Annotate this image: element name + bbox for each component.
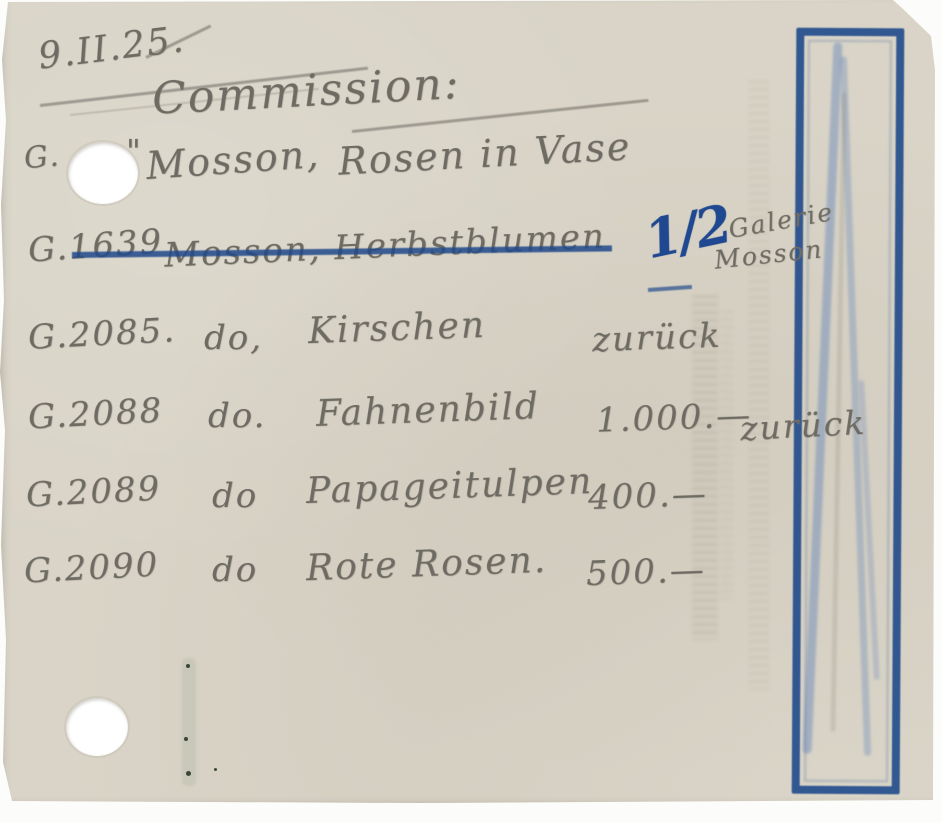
artwork-title: Kirschen bbox=[307, 305, 486, 352]
ink-dot bbox=[214, 768, 217, 771]
ditto-mark: do bbox=[212, 550, 258, 590]
ditto-mark: do bbox=[212, 476, 258, 516]
annotation-zurueck: zurück bbox=[739, 403, 867, 449]
ink-smudge bbox=[182, 658, 196, 786]
price: 400.— bbox=[587, 474, 708, 518]
artwork-title: Fahnenbild bbox=[315, 386, 540, 435]
inventory-number-fragment: G. bbox=[22, 138, 62, 177]
ink-dot bbox=[184, 737, 188, 741]
inventory-number: G.2088 bbox=[27, 390, 164, 437]
ink-dot bbox=[186, 664, 190, 668]
punch-hole bbox=[68, 142, 138, 204]
inventory-number: G.2090 bbox=[23, 544, 160, 591]
ink-bleedthrough bbox=[748, 80, 770, 690]
punch-hole bbox=[66, 698, 128, 756]
ink-dot bbox=[186, 771, 191, 776]
scan-background: 9.II.25. Commission: G. " Mosson, Rosen … bbox=[0, 0, 942, 823]
annotation-zurueck: zurück bbox=[591, 316, 722, 360]
inventory-number: G.2085. bbox=[27, 310, 177, 358]
price: 500.— bbox=[585, 550, 706, 594]
ditto-mark: do. bbox=[208, 396, 266, 436]
price: 1.000.— bbox=[595, 395, 752, 440]
ditto-mark: do, bbox=[204, 318, 263, 358]
artwork-title: Rote Rosen. bbox=[305, 540, 547, 589]
inventory-number: G.2089 bbox=[25, 468, 162, 515]
